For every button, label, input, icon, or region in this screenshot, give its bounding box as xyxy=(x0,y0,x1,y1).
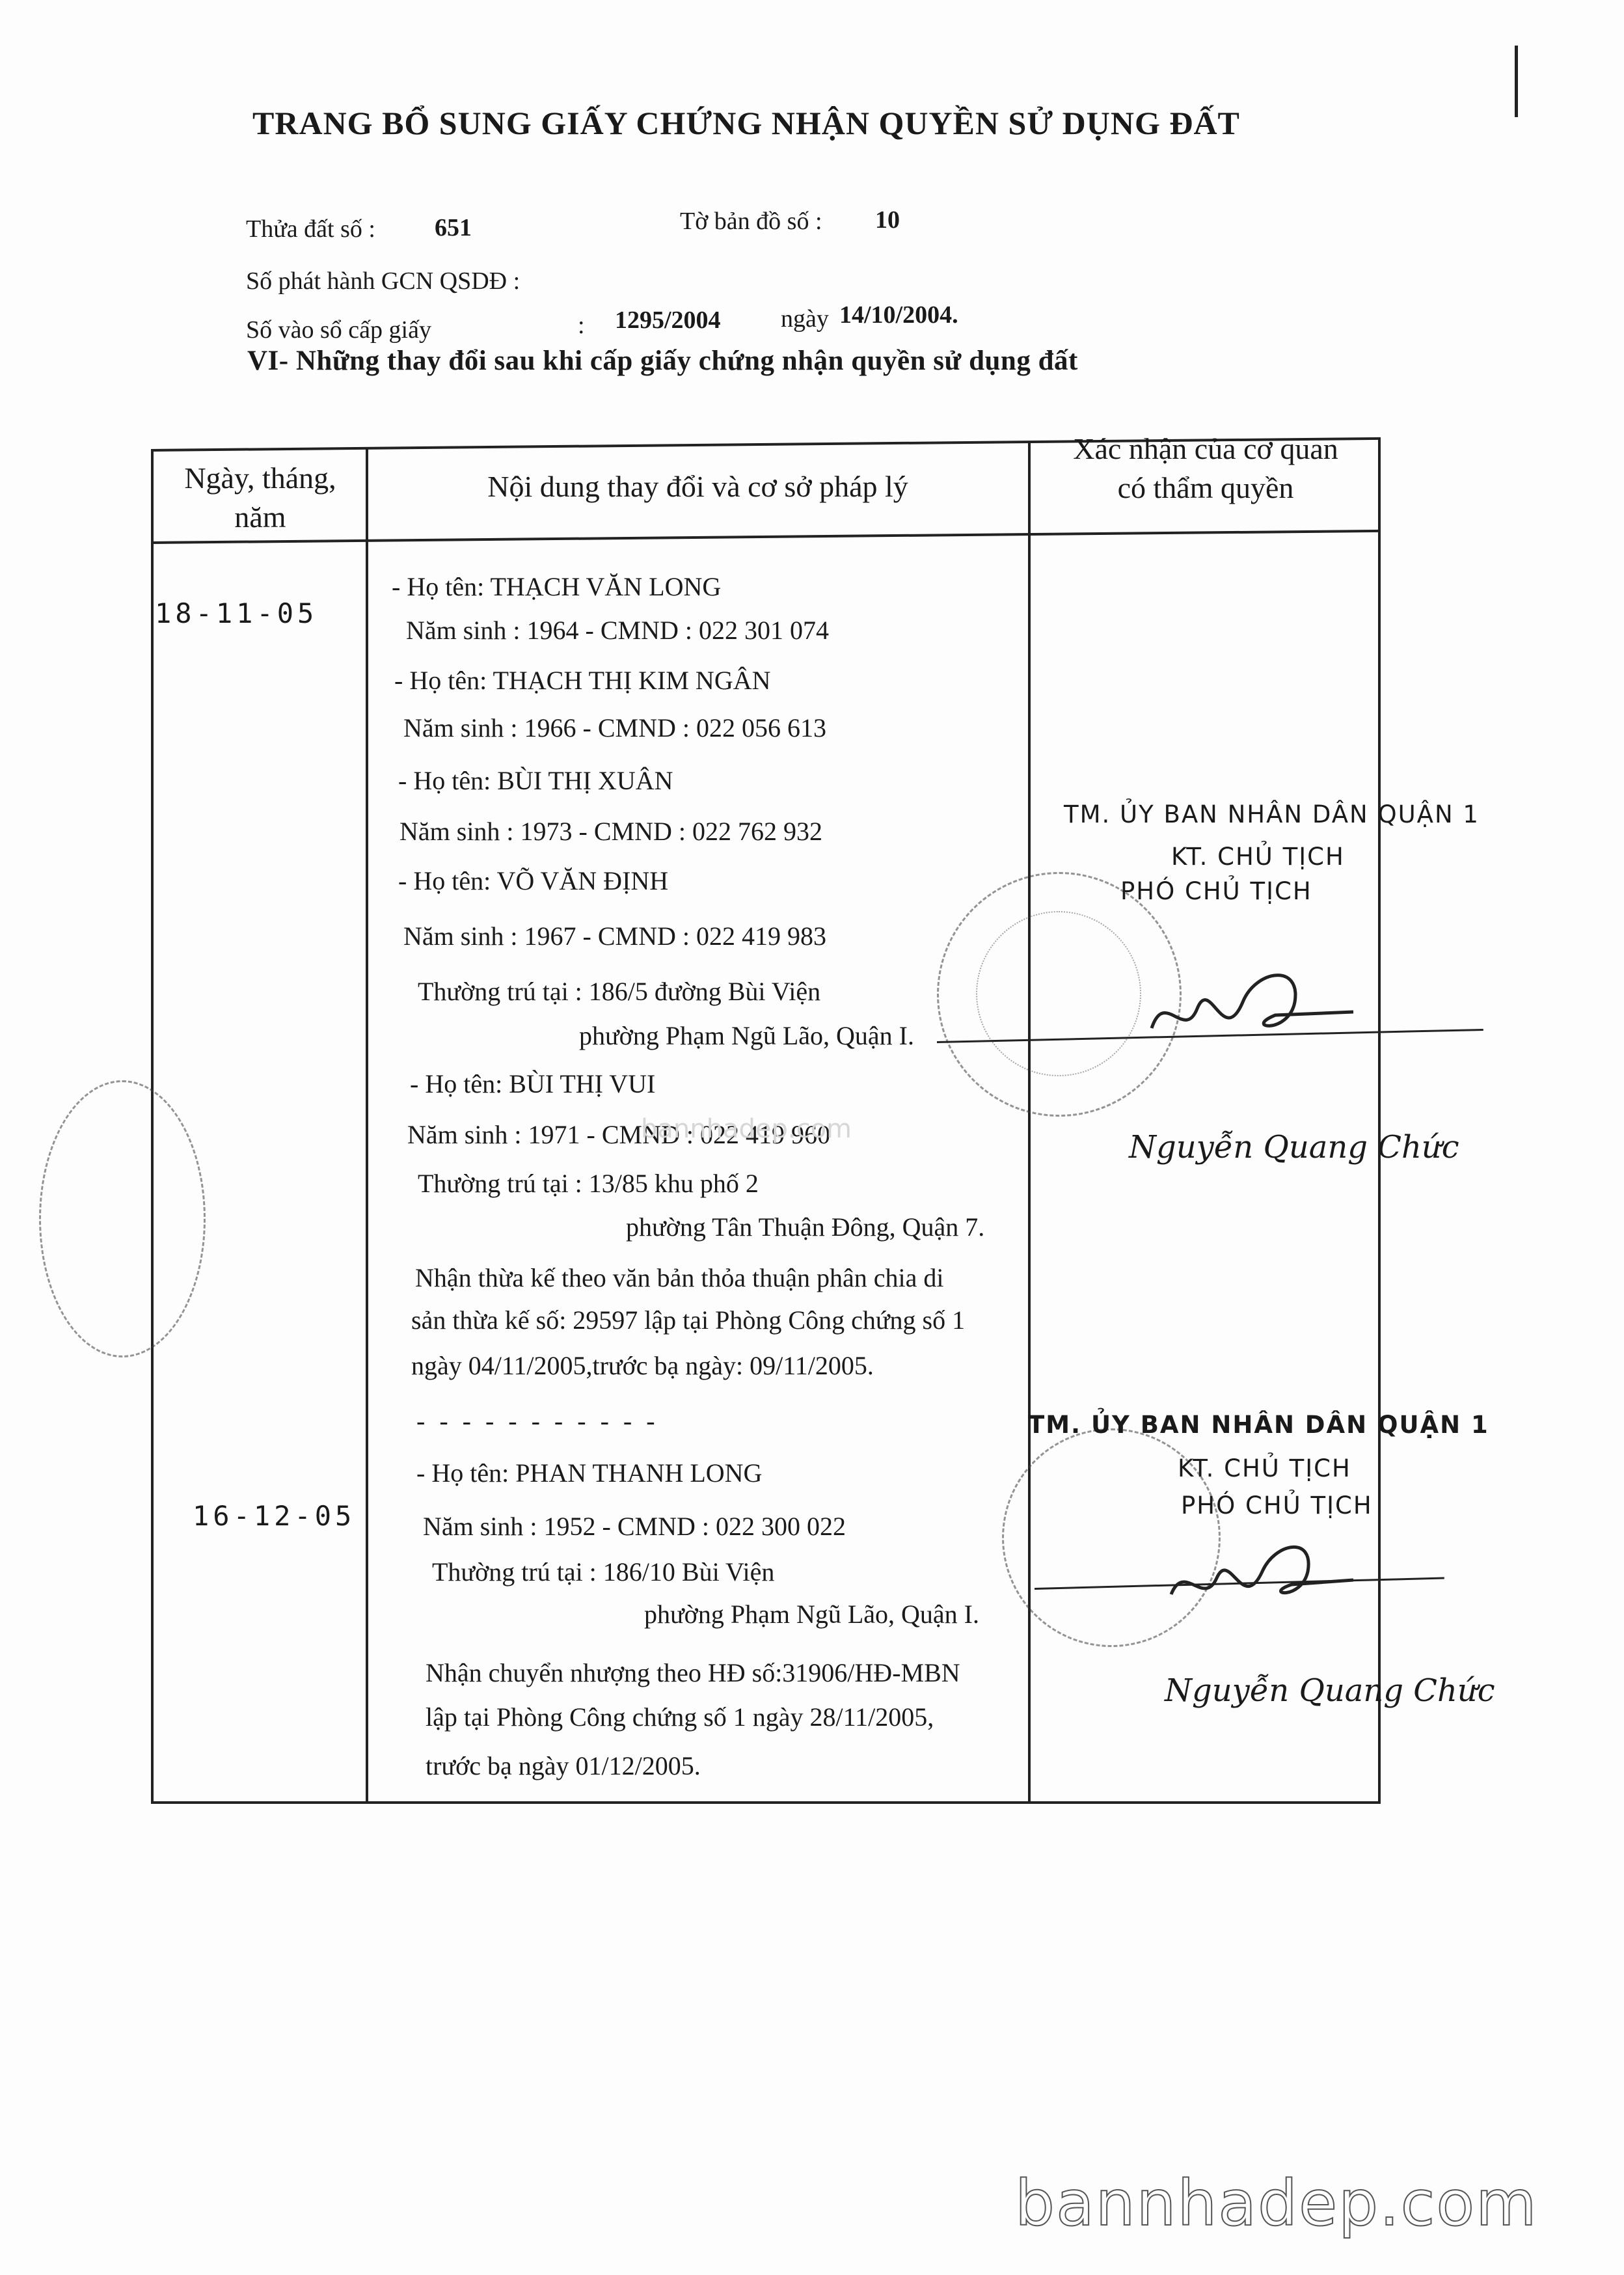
confirmation-role: KT. CHỦ TỊCH xyxy=(1171,843,1345,871)
register-separator: : xyxy=(578,311,585,340)
entry-1-line: Thường trú tại : 186/5 đường Bùi Viện xyxy=(418,976,820,1007)
confirmation-title: PHÓ CHỦ TỊCH xyxy=(1120,877,1312,905)
signature-stroke xyxy=(1165,1523,1360,1614)
header-date-line1: Ngày, tháng, xyxy=(156,459,364,498)
entry-1-date: 18-11-05 xyxy=(155,597,318,629)
entry-separator: - - - - - - - - - - - xyxy=(416,1406,659,1436)
inline-watermark: bannhadep.com xyxy=(641,1114,852,1144)
entry-1-line: Thường trú tại : 13/85 khu phố 2 xyxy=(418,1168,759,1199)
header-confirmation-line1: Xác nhận của cơ quan xyxy=(1033,429,1378,469)
document-title: TRANG BỔ SUNG GIẤY CHỨNG NHẬN QUYỀN SỬ D… xyxy=(252,104,1240,142)
parcel-label: Thửa đất số : xyxy=(246,215,375,243)
map-value: 10 xyxy=(875,206,900,234)
section-title: VI- Những thay đổi sau khi cấp giấy chứn… xyxy=(247,345,1078,377)
entry-2-line: trước bạ ngày 01/12/2005. xyxy=(426,1751,701,1781)
table-right-border xyxy=(1378,437,1381,1801)
entry-2-line: lập tại Phòng Công chứng số 1 ngày 28/11… xyxy=(426,1702,934,1732)
header-confirmation: Xác nhận của cơ quan có thẩm quyền xyxy=(1033,429,1378,508)
header-confirmation-line2: có thẩm quyền xyxy=(1033,469,1378,508)
issue-number-label: Số phát hành GCN QSDĐ : xyxy=(246,267,520,295)
entry-2-line: Năm sinh : 1952 - CMND : 022 300 022 xyxy=(423,1511,846,1542)
entry-1-line: Năm sinh : 1966 - CMND : 022 056 613 xyxy=(403,713,826,743)
page-edge-mark xyxy=(1515,46,1518,117)
entry-2-line: Nhận chuyển nhượng theo HĐ số:31906/HĐ-M… xyxy=(426,1657,960,1688)
register-date-value: 14/10/2004. xyxy=(839,301,958,329)
entry-1-line: - Họ tên: VÕ VĂN ĐỊNH xyxy=(398,865,668,896)
signer-name: Nguyễn Quang Chức xyxy=(1165,1672,1495,1709)
official-stamp-inner-ring xyxy=(976,911,1141,1076)
header-content: Nội dung thay đổi và cơ sở pháp lý xyxy=(371,467,1025,506)
entry-1-line: phường Phạm Ngũ Lão, Quận I. xyxy=(579,1020,914,1051)
confirmation-org: TM. ỦY BAN NHÂN DÂN QUẬN 1 xyxy=(1028,1411,1489,1439)
signer-name: Nguyễn Quang Chức xyxy=(1129,1129,1459,1165)
confirmation-title: PHÓ CHỦ TỊCH xyxy=(1181,1492,1373,1519)
register-value: 1295/2004 xyxy=(615,306,721,334)
entry-1-line: Năm sinh : 1967 - CMND : 022 419 983 xyxy=(403,921,826,951)
entry-1-line: Năm sinh : 1964 - CMND : 022 301 074 xyxy=(406,615,829,646)
parcel-value: 651 xyxy=(435,213,472,242)
entry-1-line: sản thừa kế số: 29597 lập tại Phòng Công… xyxy=(411,1305,965,1335)
header-date-line2: năm xyxy=(156,498,364,537)
entry-1-line: - Họ tên: BÙI THỊ XUÂN xyxy=(398,765,673,796)
table-bottom-border xyxy=(151,1801,1381,1804)
margin-stamp xyxy=(39,1080,206,1357)
confirmation-role: KT. CHỦ TỊCH xyxy=(1178,1454,1351,1482)
entry-2-date: 16-12-05 xyxy=(193,1500,355,1532)
confirmation-org: TM. ỦY BAN NHÂN DÂN QUẬN 1 xyxy=(1064,800,1480,828)
map-label: Tờ bản đồ số : xyxy=(680,207,822,236)
entry-1-line: - Họ tên: THẠCH THỊ KIM NGÂN xyxy=(394,665,770,696)
entry-1-line: Năm sinh : 1973 - CMND : 022 762 932 xyxy=(399,816,822,847)
entry-1-line: - Họ tên: BÙI THỊ VUI xyxy=(410,1069,655,1099)
table-col-divider-1 xyxy=(366,448,368,1801)
register-date-label: ngày xyxy=(781,305,829,333)
entry-1-line: Nhận thừa kế theo văn bản thỏa thuận phâ… xyxy=(415,1262,944,1293)
register-label: Số vào sổ cấp giấy xyxy=(246,316,431,344)
entry-1-line: ngày 04/11/2005,trước bạ ngày: 09/11/200… xyxy=(411,1350,874,1381)
entry-1-line: phường Tân Thuận Đông, Quận 7. xyxy=(626,1212,984,1242)
entry-1-line: - Họ tên: THẠCH VĂN LONG xyxy=(392,571,721,602)
header-date: Ngày, tháng, năm xyxy=(156,459,364,537)
entry-2-line: Thường trú tại : 186/10 Bùi Viện xyxy=(432,1557,774,1587)
entry-2-line: - Họ tên: PHAN THANH LONG xyxy=(416,1458,762,1488)
entry-2-line: phường Phạm Ngũ Lão, Quận I. xyxy=(644,1599,979,1629)
footer-watermark: bannhadep.com xyxy=(1015,2167,1538,2240)
